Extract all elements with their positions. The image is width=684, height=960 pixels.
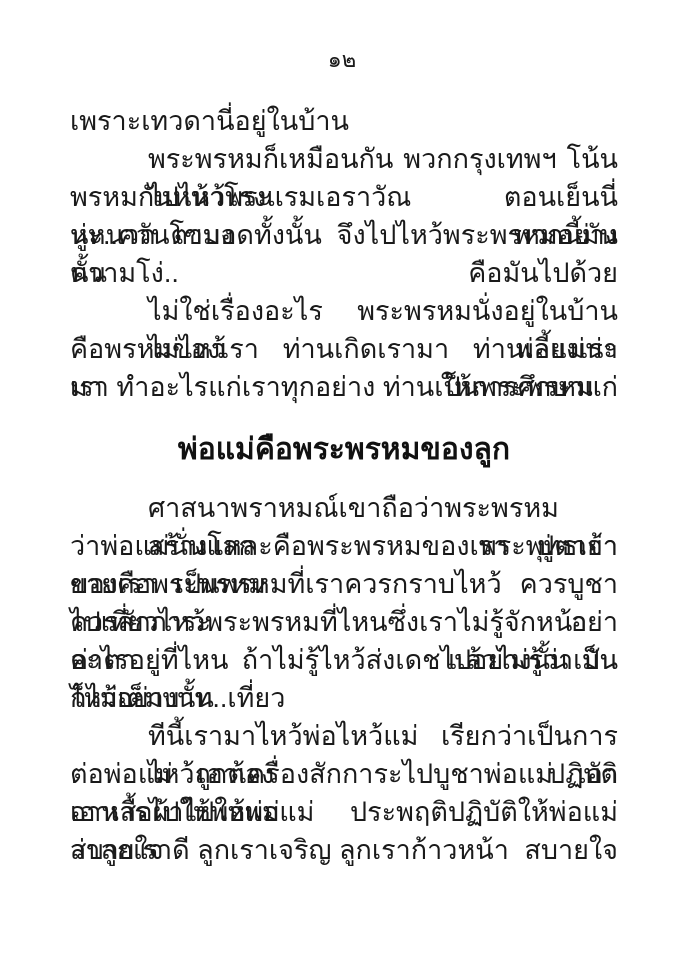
text-line: พรหมกันหน้าโรงแรมเอราวัณ ตอนเย็นนี่น่ะ..… — [70, 178, 618, 216]
text-line: คือพรหมของเรา ท่านเกิดเรามา ท่านเลี้ยงเร… — [70, 330, 618, 368]
section-heading: พ่อแม่คือพระพรหมของลูก — [70, 425, 618, 475]
text-line: ไหว้อย่างนั้น — [70, 679, 618, 717]
text-line: เพราะเทวดานี่อยู่ในบ้าน — [70, 102, 618, 140]
text-line: ศาสนาพราหมณ์เขาถือว่าพระพรหมสร้างโลก พระ… — [70, 489, 618, 527]
text-line: ของเรา เป็นพรหมที่เราควรกราบไหว้ ควรบูชา… — [70, 565, 618, 603]
text-line: ต่อพ่อแม่ เอาเครื่องสักการะไปบูชาพ่อแม่ … — [70, 755, 618, 793]
text-line: ว่าพ่อแม่นั่นแหละคือพระพรหมของเรา ปู่ตาย… — [70, 527, 618, 565]
text-line: พระพรหมก็เหมือนกัน พวกกรุงเทพฯ โน้นไปไหว… — [70, 140, 618, 178]
text-line: เรา ทำอะไรแก่เราทุกอย่าง ท่านเป็นพระพรหม — [70, 368, 618, 406]
text-line: ไม่ใช่เรื่องอะไร พระพรหมนั่งอยู่ในบ้านไม… — [70, 292, 618, 330]
text-line: เอาเสื้อผ้าไปให้พ่อแม่ ประพฤติปฏิบัติให้… — [70, 793, 618, 831]
text-line: อะไรอยู่ที่ไหน ถ้าไม่รู้ไหว้ส่งเดชไปอย่า… — [70, 641, 618, 679]
text-line: หูหนวก ตาบอดทั้งนั้น จึงไปไหว้พระพรหมอย่… — [70, 216, 618, 254]
text-line: ทีนี้เรามาไหว้พ่อไหว้แม่ เรียกว่าเป็นการ… — [70, 717, 618, 755]
text-line: ไปเที่ยวไหว้พระพรหมที่ไหนซึ่งเราไม่รู้จั… — [70, 603, 618, 641]
page-number: ๑๒ — [0, 46, 684, 74]
page-text-content: เพราะเทวดานี่อยู่ในบ้านพระพรหมก็เหมือนกั… — [70, 102, 618, 869]
book-page: ๑๒ เพราะเทวดานี่อยู่ในบ้านพระพรหมก็เหมือ… — [0, 0, 684, 960]
